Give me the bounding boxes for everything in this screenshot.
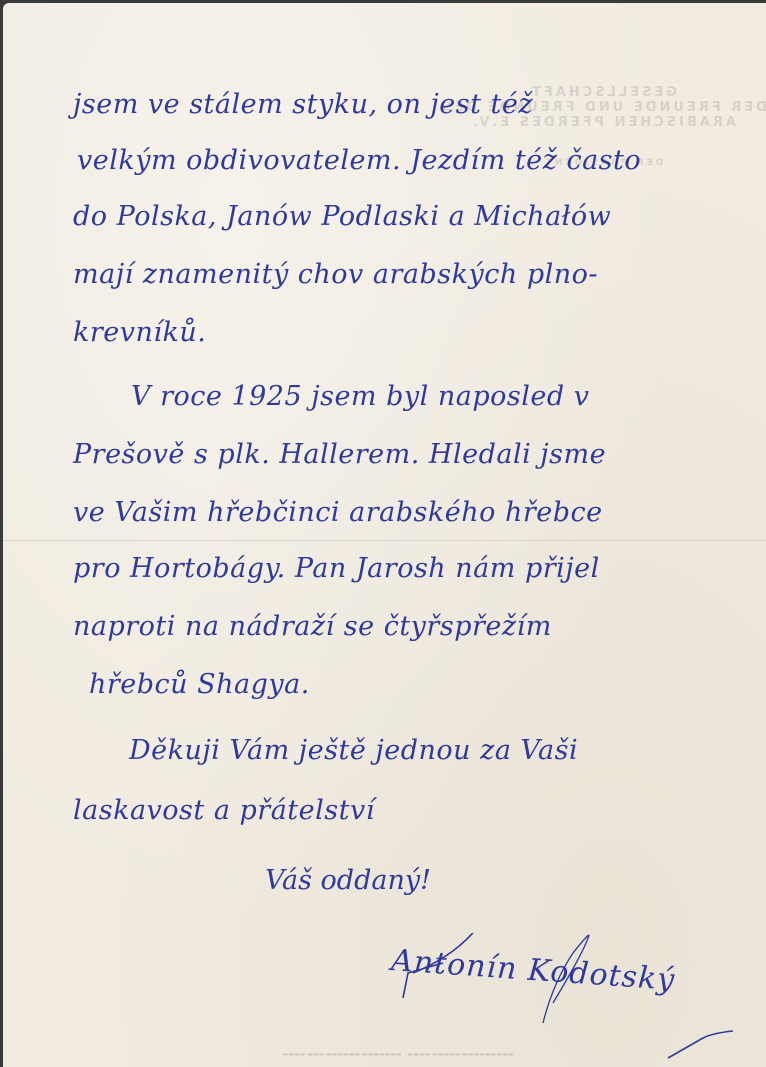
body-line: V roce 1925 jsem byl naposled v — [131, 381, 589, 412]
body-line: pro Hortobágy. Pan Jarosh nám přijel — [73, 553, 600, 584]
body-line: ve Vašim hřebčinci arabského hřebce — [73, 497, 603, 528]
signature: Antonín Kodotský — [383, 933, 743, 1063]
body-line: hřebců Shagya. — [89, 669, 310, 700]
body-line: laskavost a přátelství — [73, 795, 375, 826]
body-line: naproti na nádraží se čtyřspřežím — [73, 611, 552, 642]
letter-page: GESELLSCHAFT DER FREUNDE UND FREUNDE DES… — [3, 3, 766, 1067]
paper-fold-crease — [3, 540, 766, 542]
body-line: jsem ve stálem styku, on jest též — [73, 89, 533, 120]
body-line: Prešově s plk. Hallerem. Hledali jsme — [73, 439, 606, 470]
body-line: velkým obdivovatelem. Jezdím též často — [77, 145, 641, 176]
footer-print-showthrough: ▬▬▬▬▬▬▬▬▬ ▬▬▬▬▬ ▬▬▬▬ · ▬▬▬▬▬▬▬ ▬▬▬▬▬▬ ▬▬… — [213, 1051, 583, 1058]
body-line: mají znamenitý chov arabských plno- — [73, 259, 598, 290]
body-line: do Polska, Janów Podlaski a Michałów — [73, 201, 611, 232]
body-line: Děkuji Vám ještě jednou za Vaši — [129, 735, 578, 766]
closing-salutation: Váš oddaný! — [265, 865, 431, 896]
body-line: krevníků. — [73, 317, 206, 348]
